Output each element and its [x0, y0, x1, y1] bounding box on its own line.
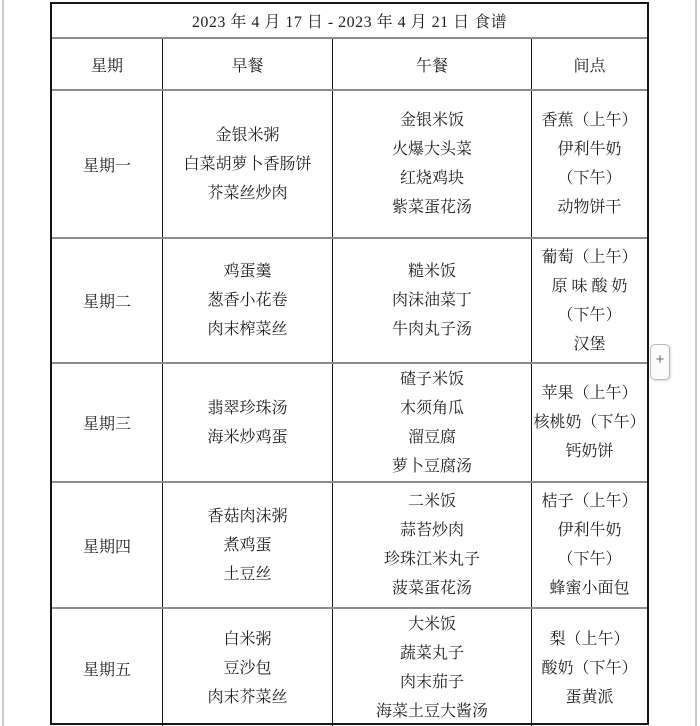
snack-item: 伊利牛奶 — [557, 516, 621, 545]
snack-cell: 葡萄（上午） 原 味 酸 奶 （下午） 汉堡 — [532, 239, 647, 362]
dish: 萝卜豆腐汤 — [392, 452, 472, 481]
day-cell: 星期一 — [52, 91, 163, 237]
snack-item: 伊利牛奶 — [557, 135, 621, 164]
col-header-breakfast: 早餐 — [163, 39, 333, 89]
dish: 碴子米饭 — [400, 365, 464, 394]
dish: 菠菜蛋花汤 — [392, 574, 472, 603]
snack-cell: 苹果（上午） 核桃奶（下午） 钙奶饼 — [532, 364, 647, 481]
dish: 白米粥 — [223, 625, 271, 654]
dish: 肉末榨菜丝 — [207, 315, 287, 344]
day-cell: 星期三 — [52, 364, 163, 481]
table-row-monday: 星期一 金银米粥 白菜胡萝卜香肠饼 芥菜丝炒肉 金银米饭 火爆大头菜 红烧鸡块 … — [52, 89, 647, 237]
col-header-snack: 间点 — [532, 39, 647, 89]
snack-item: 梨（上午） — [549, 625, 629, 654]
table-row-wednesday: 星期三 翡翠珍珠汤 海米炒鸡蛋 碴子米饭 木须角瓜 溜豆腐 萝卜豆腐汤 苹果（上… — [52, 362, 647, 481]
dish: 珍珠江米丸子 — [384, 545, 480, 574]
dish: 紫菜蛋花汤 — [392, 193, 472, 222]
dish: 肉末茄子 — [400, 668, 464, 697]
table-row-tuesday: 星期二 鸡蛋羹 葱香小花卷 肉末榨菜丝 糙米饭 肉沫油菜丁 牛肉丸子汤 葡萄（上… — [52, 237, 647, 362]
snack-item: 汉堡 — [573, 330, 605, 359]
day-cell: 星期四 — [52, 483, 163, 607]
add-button[interactable]: + — [650, 344, 670, 380]
dish: 海菜土豆大酱汤 — [376, 697, 488, 726]
day-label: 星期二 — [83, 289, 131, 312]
breakfast-cell: 翡翠珍珠汤 海米炒鸡蛋 — [163, 364, 333, 481]
snack-cell: 香蕉（上午） 伊利牛奶 （下午） 动物饼干 — [532, 91, 647, 237]
table-title: 2023 年 4 月 17 日 - 2023 年 4 月 21 日 食谱 — [52, 4, 647, 37]
lunch-cell: 碴子米饭 木须角瓜 溜豆腐 萝卜豆腐汤 — [333, 364, 532, 481]
breakfast-cell: 白米粥 豆沙包 肉末芥菜丝 — [163, 609, 333, 726]
snack-item: 蜂蜜小面包 — [549, 574, 629, 603]
dish: 海米炒鸡蛋 — [207, 423, 287, 452]
lunch-cell: 二米饭 蒜苔炒肉 珍珠江米丸子 菠菜蛋花汤 — [333, 483, 532, 607]
dish: 翡翠珍珠汤 — [207, 394, 287, 423]
lunch-cell: 金银米饭 火爆大头菜 红烧鸡块 紫菜蛋花汤 — [333, 91, 532, 237]
day-cell: 星期二 — [52, 239, 163, 362]
day-label: 星期一 — [83, 153, 131, 176]
dish: 红烧鸡块 — [400, 164, 464, 193]
dish: 煮鸡蛋 — [223, 531, 271, 560]
table-row-thursday: 星期四 香菇肉沫粥 煮鸡蛋 土豆丝 二米饭 蒜苔炒肉 珍珠江米丸子 菠菜蛋花汤 … — [52, 481, 647, 607]
snack-item: 蛋黄派 — [565, 683, 613, 712]
snack-item: 香蕉（上午） — [541, 106, 637, 135]
day-label: 星期五 — [83, 657, 131, 680]
breakfast-cell: 金银米粥 白菜胡萝卜香肠饼 芥菜丝炒肉 — [163, 91, 333, 237]
dish: 豆沙包 — [223, 654, 271, 683]
breakfast-cell: 香菇肉沫粥 煮鸡蛋 土豆丝 — [163, 483, 333, 607]
page-right-edge — [695, 0, 697, 726]
snack-item: （下午） — [557, 545, 621, 574]
menu-table: 2023 年 4 月 17 日 - 2023 年 4 月 21 日 食谱 星期 … — [50, 2, 649, 725]
col-header-lunch: 午餐 — [333, 39, 532, 89]
dish: 芥菜丝炒肉 — [207, 179, 287, 208]
table-row-friday: 星期五 白米粥 豆沙包 肉末芥菜丝 大米饭 蔬菜丸子 肉末茄子 海菜土豆大酱汤 … — [52, 607, 647, 726]
dish: 火爆大头菜 — [392, 135, 472, 164]
dish: 肉沫油菜丁 — [392, 286, 472, 315]
dish: 溜豆腐 — [408, 423, 456, 452]
dish: 牛肉丸子汤 — [392, 315, 472, 344]
table-header-row: 星期 早餐 午餐 间点 — [52, 37, 647, 89]
day-label: 星期三 — [83, 411, 131, 434]
snack-item: 动物饼干 — [557, 193, 621, 222]
dish: 鸡蛋羹 — [223, 257, 271, 286]
snack-item: 葡萄（上午） — [541, 243, 637, 272]
col-header-day: 星期 — [52, 39, 163, 89]
snack-item: 酸奶（下午） — [541, 654, 637, 683]
lunch-cell: 糙米饭 肉沫油菜丁 牛肉丸子汤 — [333, 239, 532, 362]
document-canvas: 2023 年 4 月 17 日 - 2023 年 4 月 21 日 食谱 星期 … — [0, 0, 700, 726]
plus-icon: + — [656, 352, 665, 367]
dish: 糙米饭 — [408, 257, 456, 286]
dish: 大米饭 — [408, 610, 456, 639]
snack-item: 苹果（上午） — [541, 379, 637, 408]
day-label: 星期四 — [83, 534, 131, 557]
snack-item: 核桃奶（下午） — [534, 408, 646, 437]
snack-item: （下午） — [557, 164, 621, 193]
dish: 土豆丝 — [223, 560, 271, 589]
dish: 葱香小花卷 — [207, 286, 287, 315]
snack-cell: 梨（上午） 酸奶（下午） 蛋黄派 — [532, 609, 647, 726]
day-cell: 星期五 — [52, 609, 163, 726]
snack-item: 桔子（上午） — [541, 487, 637, 516]
dish: 木须角瓜 — [400, 394, 464, 423]
table-title-row: 2023 年 4 月 17 日 - 2023 年 4 月 21 日 食谱 — [52, 4, 647, 37]
dish: 蔬菜丸子 — [400, 639, 464, 668]
dish: 肉末芥菜丝 — [207, 683, 287, 712]
snack-item: 原 味 酸 奶 — [551, 272, 627, 301]
snack-cell: 桔子（上午） 伊利牛奶 （下午） 蜂蜜小面包 — [532, 483, 647, 607]
page-left-edge — [2, 0, 4, 726]
dish: 金银米粥 — [215, 121, 279, 150]
dish: 白菜胡萝卜香肠饼 — [183, 150, 311, 179]
breakfast-cell: 鸡蛋羹 葱香小花卷 肉末榨菜丝 — [163, 239, 333, 362]
snack-item: （下午） — [557, 301, 621, 330]
lunch-cell: 大米饭 蔬菜丸子 肉末茄子 海菜土豆大酱汤 — [333, 609, 532, 726]
snack-item: 钙奶饼 — [565, 437, 613, 466]
dish: 金银米饭 — [400, 106, 464, 135]
dish: 蒜苔炒肉 — [400, 516, 464, 545]
dish: 香菇肉沫粥 — [207, 502, 287, 531]
dish: 二米饭 — [408, 487, 456, 516]
